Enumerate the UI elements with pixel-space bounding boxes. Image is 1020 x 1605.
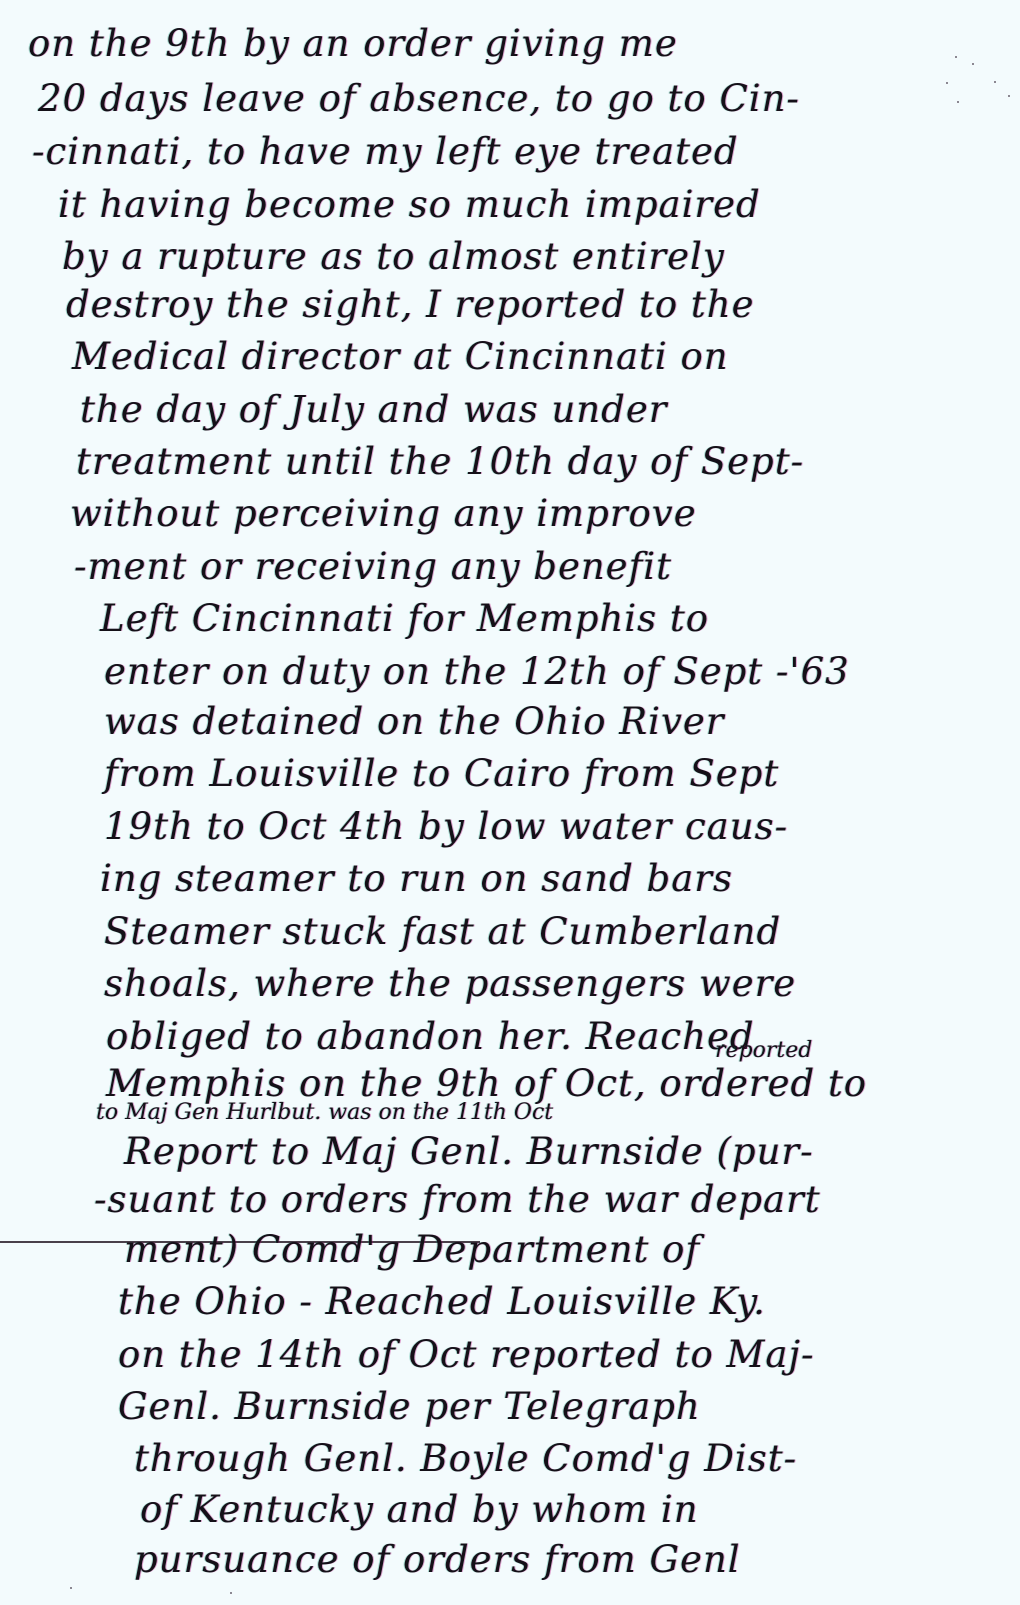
manuscript-line: -cinnati, to have my left eye treated <box>32 130 739 173</box>
inserted-annotation: to Maj Gen Hurlbut. was on the 11th Oct <box>96 1100 553 1125</box>
manuscript-page: on the 9th by an order giving me 20 days… <box>0 0 1020 1605</box>
manuscript-line: -suant to orders from the war depart <box>94 1178 821 1221</box>
manuscript-line: 20 days leave of absence, to go to Cin- <box>38 77 800 120</box>
manuscript-line: Report to Maj Genl. Burnside (pur- <box>124 1130 814 1173</box>
manuscript-line: treatment until the 10th day of Sept- <box>76 440 804 483</box>
manuscript-line: on the 9th by an order giving me <box>28 22 678 65</box>
paper-speck <box>972 63 974 65</box>
manuscript-line: obliged to abandon her. Reached <box>106 1015 755 1058</box>
manuscript-line: Left Cincinnati for Memphis to <box>100 597 709 640</box>
manuscript-line: it having become so much impaired <box>58 183 761 226</box>
manuscript-line: destroy the sight, I reported to the <box>66 283 754 326</box>
manuscript-line: Genl. Burnside per Telegraph <box>118 1385 701 1428</box>
manuscript-line: was detained on the Ohio River <box>104 700 724 743</box>
manuscript-line: Medical director at Cincinnati on <box>72 335 729 378</box>
manuscript-line: without perceiving any improve <box>70 492 697 535</box>
paper-speck <box>994 81 996 83</box>
manuscript-line: of Kentucky and by whom in <box>140 1488 699 1531</box>
paper-speck <box>70 1587 72 1589</box>
manuscript-line: shoals, where the passengers were <box>104 962 796 1005</box>
manuscript-line: the day of July and was under <box>80 388 667 431</box>
manuscript-line: ing steamer to run on sand bars <box>100 857 733 900</box>
manuscript-line: 19th to Oct 4th by low water caus- <box>104 805 788 848</box>
manuscript-line: Steamer stuck fast at Cumberland <box>104 910 781 953</box>
manuscript-line: from Louisville to Cairo from Sept <box>104 752 779 795</box>
paper-speck <box>957 101 959 103</box>
manuscript-line: the Ohio - Reached Louisville Ky. <box>118 1280 766 1323</box>
paper-speck <box>946 82 948 84</box>
manuscript-line: through Genl. Boyle Comd'g Dist- <box>134 1437 797 1480</box>
paper-speck <box>230 1592 232 1594</box>
manuscript-line: on the 14th of Oct reported to Maj- <box>118 1333 814 1376</box>
paper-speck <box>1008 95 1010 97</box>
manuscript-line: -ment or receiving any benefit <box>74 545 672 588</box>
manuscript-line: Memphis on the 9th of Oct, ordered to <box>106 1062 867 1105</box>
manuscript-line: by a rupture as to almost entirely <box>62 235 725 278</box>
manuscript-line: pursuance of orders from Genl <box>134 1538 741 1581</box>
paper-speck <box>955 56 957 58</box>
inserted-word-above: reported <box>715 1038 812 1063</box>
manuscript-line: enter on duty on the 12th of Sept -'63 <box>104 650 850 693</box>
manuscript-line: ment) Comd'g Department of <box>124 1228 700 1271</box>
